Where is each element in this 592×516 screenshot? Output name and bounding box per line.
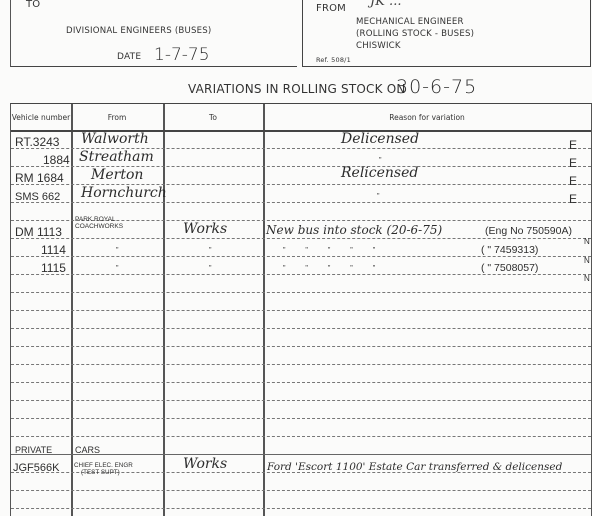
column-header-reason: Reason for variation bbox=[263, 104, 591, 131]
signature: JK ... bbox=[370, 0, 401, 9]
title-date: 30-6-75 bbox=[396, 76, 477, 98]
to-recipient: DIVISIONAL ENGINEERS (BUSES) bbox=[66, 26, 211, 36]
table-row-from: Hornchurch bbox=[81, 183, 167, 201]
column-header-to: To bbox=[163, 104, 263, 131]
from-label: FROM bbox=[316, 3, 346, 14]
table-row-to: " bbox=[209, 236, 212, 254]
private-row-from-line2: (TEST SUPT) bbox=[81, 458, 120, 476]
table-row-from: PARK ROYAL COACHWORKS bbox=[75, 216, 159, 234]
status-mark: N bbox=[584, 237, 590, 246]
table-row-mark: E bbox=[569, 134, 577, 152]
from-line-1: MECHANICAL ENGINEER bbox=[356, 17, 464, 27]
table-row-reason: " bbox=[377, 182, 380, 200]
table-row-engine-number: (Eng No 750590A) bbox=[485, 219, 572, 237]
table-row-vehicle: DM 1113 bbox=[15, 221, 62, 239]
table-row-mark: E bbox=[569, 170, 577, 188]
table-row-mark: E bbox=[569, 152, 577, 170]
private-row-vehicle: JGF566K bbox=[13, 456, 59, 474]
table-row-mark: E bbox=[569, 188, 577, 206]
table-row-vehicle: 1884 bbox=[43, 149, 70, 167]
table-row-vehicle: 1114 bbox=[41, 239, 66, 257]
table-row-reason: " bbox=[379, 146, 382, 164]
table-row-engine-number: ( " 7508057) bbox=[481, 256, 538, 274]
table-row-reason: Relicensed bbox=[341, 163, 418, 181]
date-label: DATE bbox=[117, 52, 141, 62]
table-row-from: Streatham bbox=[79, 147, 154, 165]
table-row-to: " bbox=[209, 254, 212, 272]
status-mark: N bbox=[584, 256, 590, 265]
table-row-engine-number: ( " 7459313) bbox=[481, 238, 538, 256]
table-row-vehicle: RT.3243 bbox=[15, 131, 59, 149]
table-row-reason: " " " " " bbox=[283, 236, 375, 254]
column-header-vehicle: Vehicle number bbox=[11, 104, 71, 131]
from-line-3: CHISWICK bbox=[356, 41, 401, 51]
table-row-vehicle: 1115 bbox=[41, 257, 66, 275]
table-row-reason: New bus into stock (20-6-75) bbox=[266, 219, 442, 237]
table-row-from: " bbox=[116, 254, 119, 272]
table-row-reason: " " " " " bbox=[283, 254, 375, 272]
table-row-vehicle: SMS 662 bbox=[15, 185, 60, 203]
date-value: 1-7-75 bbox=[154, 45, 210, 65]
table-row-from: " bbox=[116, 236, 119, 254]
table-row-from: Merton bbox=[91, 165, 143, 183]
page-title: VARIATIONS IN ROLLING STOCK ON bbox=[188, 82, 406, 96]
to-label: TO bbox=[26, 0, 40, 10]
table-row-reason: Delicensed bbox=[341, 129, 419, 147]
column-header-from: From bbox=[71, 104, 163, 131]
table-row-to: Works bbox=[183, 219, 227, 237]
private-section-label: PRIVATE bbox=[15, 437, 52, 455]
table-row-vehicle: RM 1684 bbox=[15, 167, 64, 185]
table-row-from: Walworth bbox=[81, 129, 149, 147]
private-row-to: Works bbox=[183, 454, 227, 472]
status-mark: N bbox=[584, 274, 590, 283]
variations-table: Vehicle number From To Reason for variat… bbox=[10, 103, 592, 516]
private-row-reason: Ford 'Escort 1100' Estate Car transferre… bbox=[267, 455, 562, 473]
ref-number: Ref. 508/1 bbox=[316, 56, 351, 64]
from-line-2: (ROLLING STOCK - BUSES) bbox=[356, 29, 474, 39]
